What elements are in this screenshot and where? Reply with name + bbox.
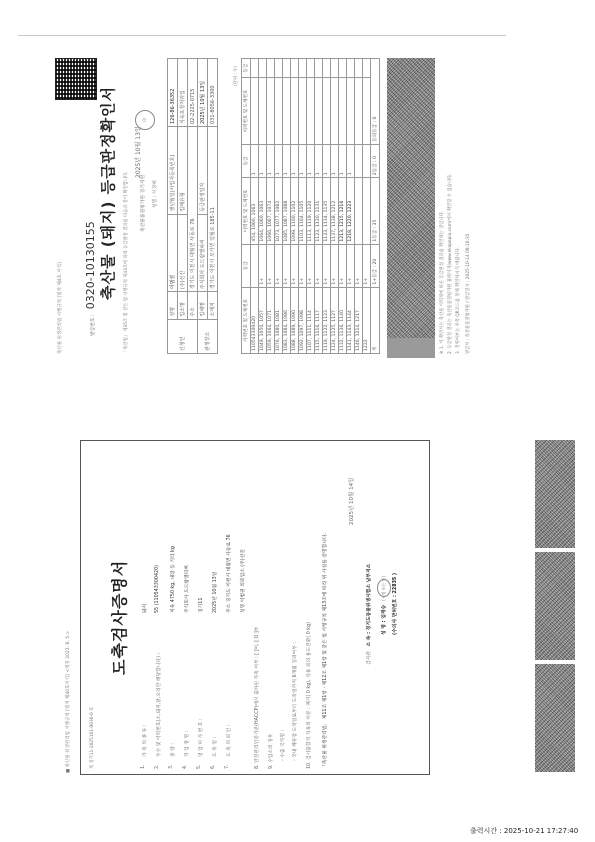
field-value: 2025년 10월 13일 <box>211 572 225 613</box>
table-cell: 1099, 1100, 1102 <box>291 178 299 244</box>
table-row: 1088, 1089, 10901+1099, 1100, 11021 <box>291 59 299 354</box>
grade-result-table: 이력번호 및 도체번호등급이력번호 및 도체번호등급이력번호 및 도체번호등급 … <box>241 58 380 354</box>
issued-by-line: 발급처 : 축산물품질평가원 / 발급일시 : 2025-10-14 09:10… <box>465 234 471 354</box>
print-time-value: 2025-10-21 17:27:40 <box>504 827 578 835</box>
table-cell: 1 <box>331 144 339 178</box>
table-cell: 1+ <box>339 244 347 287</box>
table-cell: 1073, 1077, 1082 <box>275 178 283 244</box>
table-cell <box>363 144 371 178</box>
table-cell: 1066, 1067, 1074 <box>267 178 275 244</box>
slaughter-date: 2025년 10월 14일 <box>347 478 355 525</box>
table-cell <box>355 59 363 78</box>
table-cell <box>331 59 339 78</box>
table-cell <box>251 244 259 287</box>
table-row: 110543300420454, 1060, 10631 <box>251 59 259 354</box>
table-cell: 1 <box>275 144 283 178</box>
signer-line: 성명 : 서경비 <box>151 180 158 208</box>
table-cell: 1049, 1050, 1057 <box>259 287 267 353</box>
grading-section-label: 판정장소 <box>198 319 218 353</box>
grading-header-note: 축산물 위생관리법 시행규칙 [별지 제4호 서식] <box>57 262 63 354</box>
slaughter-certificate: ■ 축산물 위생관리법 시행규칙 [별지 제40호서식] <개정 2023. 6… <box>65 437 457 775</box>
table-cell <box>363 178 371 244</box>
grading-title: 축산물 (돼지) 등급판정확인서 <box>97 86 118 300</box>
table-cell: 1 <box>267 144 275 178</box>
print-time-label: 출력시간 : <box>470 827 502 835</box>
table-cell <box>355 144 363 178</box>
table-cell: 1+ <box>363 244 371 287</box>
table-cell: 1088, 1089, 1090 <box>291 287 299 353</box>
total-label: 계 <box>371 287 380 353</box>
field-value: 지육 4750 kg, 내장 등 기타 kg <box>169 546 183 613</box>
table-row: 1119, 1122, 11231+1133, 1134, 11351 <box>323 59 331 354</box>
print-time: 출력시간 : 2025-10-21 17:27:40 <box>470 826 578 836</box>
table-cell <box>355 78 363 144</box>
table-cell <box>299 78 307 144</box>
footer-note-1: ※ 1. 이 확인서는 축산물 이력제에 따른 등급판정 결과를 확인하는 것입… <box>439 211 445 354</box>
table-cell: 1218, 1220, 1223 <box>347 178 355 244</box>
table-cell: 1 <box>299 144 307 178</box>
table-cell: 1+ <box>291 244 299 287</box>
field-value: 55 (110543300420) <box>155 565 169 613</box>
table-cell <box>307 78 315 144</box>
scan-noise-1 <box>535 440 575 548</box>
field-no: 5. <box>197 761 211 769</box>
grade-column-header: 등급 <box>242 244 251 287</box>
table-cell <box>339 78 347 144</box>
table-cell <box>275 78 283 144</box>
slaughter-fields: 1.가 축 의 종 류 :돼지2.두수 및 이력번호(소,돼지,닭,오리만 해당… <box>141 439 253 769</box>
table-cell <box>299 59 307 78</box>
grading-certificate: 축산물 위생관리법 시행규칙 [별지 제4호 서식] 발급번호 : 0320-1… <box>55 56 475 358</box>
table-cell <box>363 78 371 144</box>
table-cell: 1+ <box>315 244 323 287</box>
table-cell: 1137, 1138, 1212 <box>331 178 339 244</box>
field-value: 주식회사 도드람엘피씨 <box>183 565 197 613</box>
table-cell <box>315 59 323 78</box>
table-cell: 1+ <box>355 244 363 287</box>
field-no: 7. <box>225 761 239 769</box>
certificate-field: 1.가 축 의 종 류 :돼지 <box>141 439 155 769</box>
official-seal-icon: 印 <box>135 110 155 130</box>
grade-total: 등외등급 : 0 <box>371 59 380 145</box>
table-cell: 1092, 1097, 1098 <box>299 287 307 353</box>
table-cell <box>363 59 371 78</box>
grading-subtitle-note: 「축산법」 제35조 및 같은 법 시행규칙 제43조에 따라 등급판정 결과를… <box>123 171 129 354</box>
table-row: 1083, 1084, 10861+1085, 1087, 10881 <box>283 59 291 354</box>
inspector-block: 검사관 소 속 : 경기도동물위생시험소 남부지소 <box>365 564 372 665</box>
table-row: 1049, 1050, 10571+1064, 1060, 10631 <box>259 59 267 354</box>
table-cell: 1+ <box>323 244 331 287</box>
applicant-section-label: 신청인 <box>168 319 198 353</box>
certificate-field: 4.작 업 장 명 :주식회사 도드람엘피씨 <box>183 439 197 769</box>
table-cell <box>347 78 355 144</box>
table-row: 1124, 1125, 11271+1137, 1138, 12121 <box>331 59 339 354</box>
table-row: 1146, 1214, 12171+ <box>355 59 363 354</box>
table-cell: 110543300420 <box>251 287 259 353</box>
table-cell: 454, 1060, 1063 <box>251 178 259 244</box>
field-no: 4. <box>183 761 197 769</box>
certificate-field: 7.도 축 의 뢰 인 :주소 경기도 이천시 대월면 사동로 76 <box>225 439 239 769</box>
table-row: 1132, 1136, 11401+1213, 1215, 12161 <box>339 59 347 354</box>
table-cell: 1124, 1125, 1127 <box>331 287 339 353</box>
footer-note-2: 2. 등급판정 결과는 축산물품질평가원 홈페이지(www.ekapepia.c… <box>447 174 453 354</box>
field-label: 도 축 일 : <box>211 617 225 757</box>
table-cell <box>307 59 315 78</box>
field-value: 경기11 <box>197 598 211 613</box>
slaughter-title: 도축검사증명서 <box>107 560 130 675</box>
table-cell: 1103, 1104, 1105 <box>299 178 307 244</box>
field-label: 도 축 의 뢰 인 : <box>225 617 239 757</box>
field-value: 성명 이범권 의뢰업소 (주)선진 <box>239 549 253 613</box>
table-cell: 1133, 1134, 1135 <box>323 178 331 244</box>
table-cell: 1076, 1080, 1081 <box>275 287 283 353</box>
table-cell: 1 <box>291 144 299 178</box>
table-cell: 1107, 1111, 1114 <box>307 287 315 353</box>
import-sub1: - 수출 국가명 : <box>279 730 286 761</box>
table-cell <box>291 59 299 78</box>
table-cell <box>347 59 355 78</box>
table-cell <box>283 78 291 144</box>
certificate-field: 2.두수 및 이력번호(소,돼지,닭,오리만 해당합니다) :55 (11054… <box>155 439 169 769</box>
inspector-name-row: 성 명 : 임재승 (서명 또는 인) <box>377 579 391 635</box>
table-cell: 1115, 1116, 1117 <box>315 287 323 353</box>
table-cell: 1222 <box>363 287 371 353</box>
table-cell: 1 <box>315 144 323 178</box>
table-cell: 1146, 1214, 1217 <box>355 287 363 353</box>
table-cell: 1083, 1084, 1086 <box>283 287 291 353</box>
field-no: 1. <box>141 761 155 769</box>
issue-number: 0320-10130155 <box>84 221 97 309</box>
cert-number: 제 경기11-2025101-0030-0 호 <box>89 707 95 769</box>
scan-edge-line <box>18 35 506 36</box>
table-cell <box>339 59 347 78</box>
table-row: 1092, 1097, 10981+1103, 1104, 11051 <box>299 59 307 354</box>
grade-column-header: 등급 <box>242 59 251 78</box>
table-row: 1059, 1064, 10711+1066, 1067, 10741 <box>267 59 275 354</box>
field-no <box>239 761 253 769</box>
grade-total: 2등급 : 0 <box>371 144 380 178</box>
slaughter-header-note: ■ 축산물 위생관리법 시행규칙 [별지 제40호서식] <개정 2023. 6… <box>65 631 71 773</box>
import-line: 9. 수입소의 경우 <box>267 734 274 769</box>
table-cell: 1+ <box>331 244 339 287</box>
field-label <box>239 617 253 757</box>
legal-text: 「축산물 위생관리법」 제11조 제1항 · 제12조 제1항 및 같은 법 시… <box>321 533 328 769</box>
table-cell <box>251 78 259 144</box>
table-cell <box>291 78 299 144</box>
certificate-field: 6.도 축 일 :2025년 10월 13일 <box>211 439 225 769</box>
table-row: 1076, 1080, 10811+1073, 1077, 10821 <box>275 59 283 354</box>
table-cell: 1+ <box>299 244 307 287</box>
grading-issue-date: 2025년 10월 13일 <box>133 126 142 178</box>
table-cell <box>259 59 267 78</box>
table-cell: 1+ <box>259 244 267 287</box>
grade-column-header: 이력번호 및 도체번호 <box>242 78 251 144</box>
table-cell: 1+ <box>275 244 283 287</box>
field-label: 가 축 의 종 류 : <box>141 617 155 757</box>
grade-column-header: 이력번호 및 도체번호 <box>242 178 251 244</box>
table-cell: 1+ <box>283 244 291 287</box>
footer-note-3: 3. 진위여부는 우측 QR코드를 통해 확인하시기 바랍니다. <box>455 247 461 354</box>
certificate-field: 5.영 업 허 가 번 호 :경기11 <box>197 439 211 769</box>
table-cell: 1 <box>323 144 331 178</box>
table-cell: 1+ <box>347 244 355 287</box>
table-cell <box>251 59 259 78</box>
issue-label: 발급번호 : <box>91 314 96 336</box>
table-cell <box>259 78 267 144</box>
table-cell: 1085, 1087, 1088 <box>283 178 291 244</box>
applicant-table: 신청인 성명 이범권 생년월일(사업자등록번호) 126-86-36352 업소… <box>167 58 218 354</box>
issuer-line: 축산물품질평가원 경기지원 <box>139 175 146 232</box>
scan-noise-block <box>387 58 435 358</box>
table-cell: 1 <box>283 144 291 178</box>
table-cell <box>355 178 363 244</box>
disposal-line: 10. 검사불합격 식육의 처분 : 폐기( 0 kg), 식용 외의 용도전환… <box>305 622 312 769</box>
table-cell <box>323 78 331 144</box>
certificate-field: 성명 이범권 의뢰업소 (주)선진 <box>239 439 253 769</box>
haccp-line: 8. 안전관리인증기준(HACCP)에서 출하된 가축 여부 : [ ]여, [… <box>253 627 260 769</box>
table-cell: 1123, 1130, 1131 <box>315 178 323 244</box>
table-cell <box>283 59 291 78</box>
grade-total: 1등급 : 35 <box>371 178 380 244</box>
inspector-name: 성 명 : 임재승 <box>382 605 387 635</box>
import-sub2: - 국내 계류장 도착일로부터 도축일까지 6개월 경과여부 : <box>291 642 298 761</box>
table-cell: 1113, 1119, 1120 <box>307 178 315 244</box>
license-line: (수의사 면허번호 : 22835 ) <box>391 573 398 635</box>
table-cell <box>323 59 331 78</box>
table-cell: 1 <box>259 144 267 178</box>
field-label: 작 업 장 명 : <box>183 617 197 757</box>
issue-number-row: 발급번호 : 0320-10130155 <box>79 221 98 336</box>
field-no: 6. <box>211 761 225 769</box>
table-cell: 1 <box>307 144 315 178</box>
table-row: 1115, 1116, 11171+1123, 1130, 11311 <box>315 59 323 354</box>
table-row: 1141, 1143, 11441+1218, 1220, 12231 <box>347 59 355 354</box>
field-value: 돼지 <box>141 604 155 613</box>
table-cell: 1+ <box>307 244 315 287</box>
table-row: 12221+ <box>363 59 371 354</box>
table-cell <box>267 78 275 144</box>
table-cell <box>267 59 275 78</box>
table-cell: 1132, 1136, 1140 <box>339 287 347 353</box>
table-cell: 1213, 1215, 1216 <box>339 178 347 244</box>
qr-code-icon <box>55 58 97 100</box>
field-no: 2. <box>155 761 169 769</box>
table-cell <box>315 78 323 144</box>
certificate-field: 3.중 량 :지육 4750 kg, 내장 등 기타 kg <box>169 439 183 769</box>
unit-note: (단위 : 두) <box>233 66 239 86</box>
table-row: 1107, 1111, 11141+1113, 1119, 11201 <box>307 59 315 354</box>
table-cell: 1119, 1122, 1123 <box>323 287 331 353</box>
table-cell <box>331 78 339 144</box>
field-label: 중 량 : <box>169 617 183 757</box>
field-label: 두수 및 이력번호(소,돼지,닭,오리만 해당합니다) : <box>155 617 169 757</box>
gray-block <box>387 338 435 358</box>
inspector-affiliation: 소 속 : 경기도동물위생시험소 남부지소 <box>367 564 372 647</box>
grade-column-header: 등급 <box>242 144 251 178</box>
table-cell: 1059, 1064, 1071 <box>267 287 275 353</box>
scan-noise-3 <box>535 664 575 772</box>
table-cell: 1 <box>339 144 347 178</box>
table-cell <box>275 59 283 78</box>
grade-total: 1+등급 : 20 <box>371 244 380 287</box>
table-cell: 1+ <box>267 244 275 287</box>
field-label: 영 업 허 가 번 호 : <box>197 617 211 757</box>
field-value: 주소 경기도 이천시 대월면 사동로 76 <box>225 534 239 613</box>
table-cell: 1 <box>251 144 259 178</box>
grade-column-header: 이력번호 및 도체번호 <box>242 287 251 353</box>
inspector-label: 검사관 <box>367 651 372 665</box>
signature-seal-icon: (서명 또는 인) <box>377 579 391 597</box>
table-cell: 1141, 1143, 1144 <box>347 287 355 353</box>
field-no: 3. <box>169 761 183 769</box>
scan-noise-2 <box>535 552 575 660</box>
table-cell: 1 <box>347 144 355 178</box>
table-cell: 1064, 1060, 1063 <box>259 178 267 244</box>
